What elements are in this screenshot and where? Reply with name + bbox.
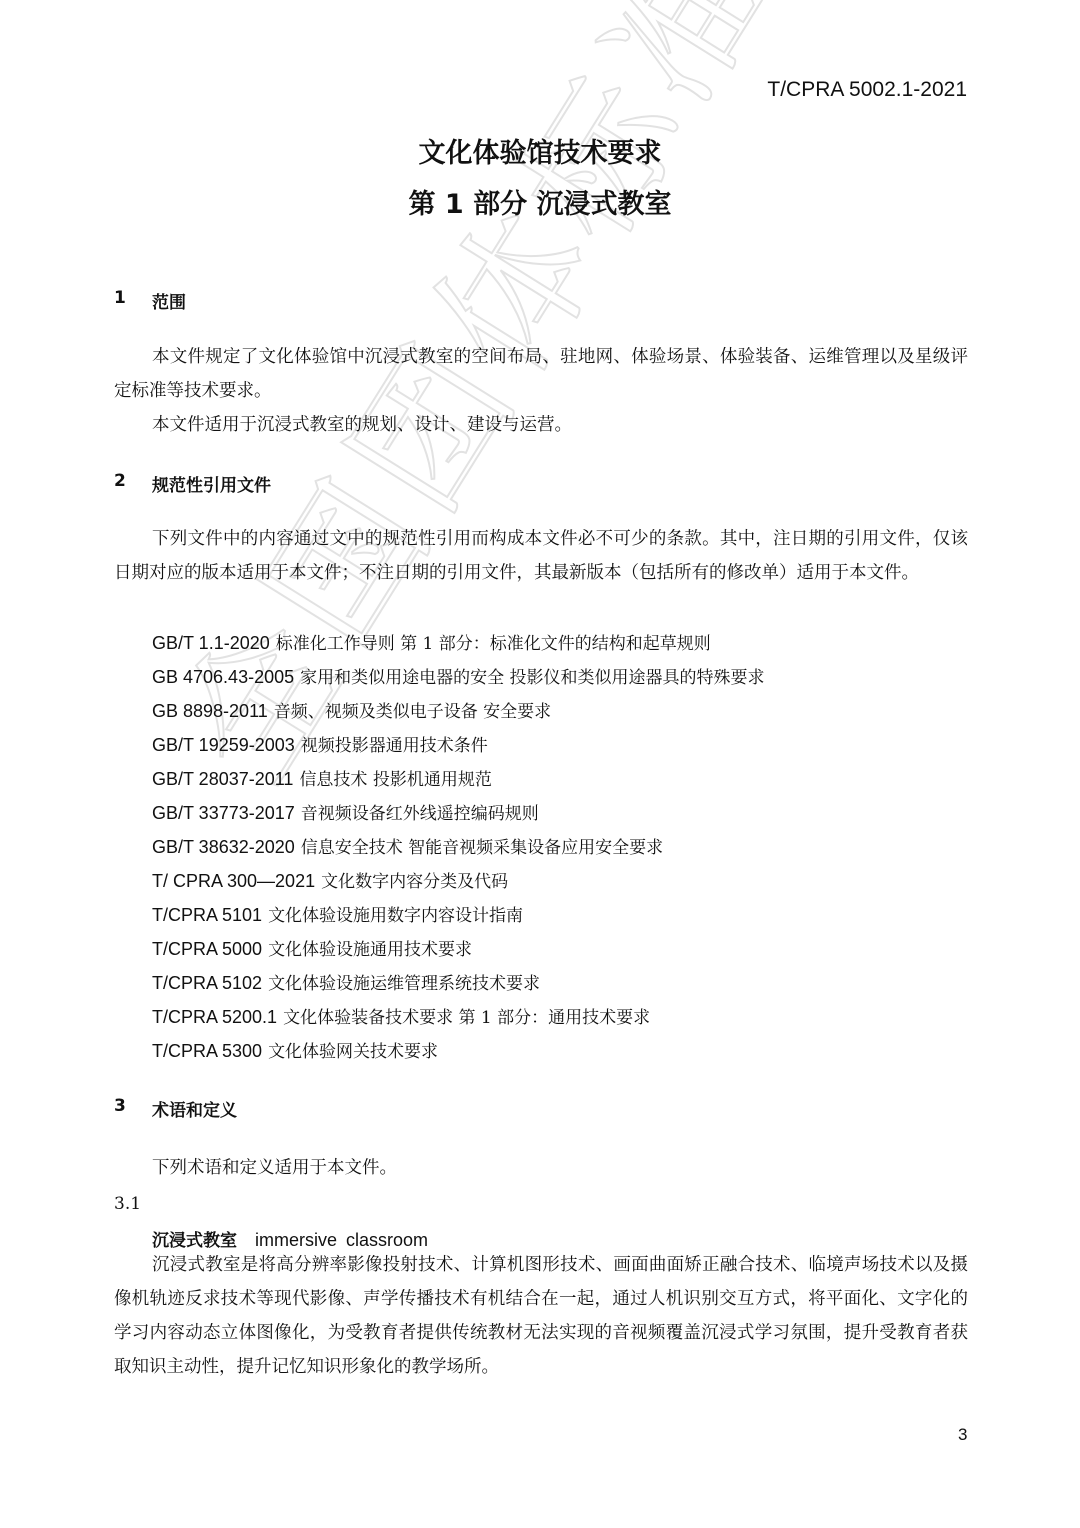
reference-name: 文化体验设施通用技术要求	[268, 940, 472, 960]
section-heading-scope: 1 范围	[114, 288, 186, 313]
reference-item: T/ CPRA 300—2021文化数字内容分类及代码	[152, 867, 508, 892]
section-number: 3	[114, 1096, 152, 1121]
reference-name: 视频投影器通用技术条件	[301, 736, 488, 756]
reference-name: 文化数字内容分类及代码	[321, 872, 508, 892]
reference-code: GB/T 19259-2003	[152, 735, 295, 755]
term-number: 3.1	[114, 1194, 141, 1214]
scope-paragraph-2: 本文件适用于沉浸式教室的规划、设计、建设与运营。	[114, 408, 968, 442]
reference-name: 音频、视频及类似电子设备 安全要求	[274, 702, 551, 722]
reference-code: T/CPRA 5101	[152, 905, 262, 925]
reference-item: GB/T 1.1-2020标准化工作导则 第 1 部分：标准化文件的结构和起草规…	[152, 629, 711, 654]
reference-item: GB 8898-2011音频、视频及类似电子设备 安全要求	[152, 697, 551, 722]
section-number: 2	[114, 471, 152, 496]
reference-code: GB/T 1.1-2020	[152, 633, 270, 653]
reference-item: T/CPRA 5000文化体验设施通用技术要求	[152, 935, 472, 960]
reference-name: 文化体验设施运维管理系统技术要求	[268, 974, 540, 994]
reference-name: 文化体验装备技术要求 第 1 部分：通用技术要求	[283, 1008, 650, 1028]
reference-name: 信息安全技术 智能音视频采集设备应用安全要求	[301, 838, 663, 858]
section-heading-normative-references: 2 规范性引用文件	[114, 471, 271, 496]
reference-name: 标准化工作导则 第 1 部分：标准化文件的结构和起草规则	[276, 634, 711, 654]
section-title: 规范性引用文件	[152, 471, 271, 496]
reference-item: GB/T 19259-2003视频投影器通用技术条件	[152, 731, 488, 756]
reference-item: T/CPRA 5102文化体验设施运维管理系统技术要求	[152, 969, 540, 994]
section-heading-terms-definitions: 3 术语和定义	[114, 1096, 237, 1121]
section-number: 1	[114, 288, 152, 313]
reference-name: 音视频设备红外线遥控编码规则	[301, 804, 539, 824]
reference-code: GB 8898-2011	[152, 701, 268, 721]
reference-code: T/CPRA 5000	[152, 939, 262, 959]
reference-item: GB/T 28037-2011信息技术 投影机通用规范	[152, 765, 492, 790]
reference-code: T/CPRA 5102	[152, 973, 262, 993]
section-title: 术语和定义	[152, 1096, 237, 1121]
reference-item: GB/T 38632-2020信息安全技术 智能音视频采集设备应用安全要求	[152, 833, 663, 858]
document-subtitle: 第 1 部分 沉浸式教室	[0, 182, 1080, 221]
reference-name: 信息技术 投影机通用规范	[299, 770, 491, 790]
references-intro-paragraph: 下列文件中的内容通过文中的规范性引用而构成本文件必不可少的条款。其中，注日期的引…	[114, 522, 968, 590]
reference-item: GB 4706.43-2005家用和类似用途电器的安全 投影仪和类似用途器具的特…	[152, 663, 765, 688]
reference-item: T/CPRA 5200.1文化体验装备技术要求 第 1 部分：通用技术要求	[152, 1003, 650, 1028]
page-number: 3	[958, 1425, 967, 1445]
terms-intro-paragraph: 下列术语和定义适用于本文件。	[114, 1151, 968, 1185]
document-title: 文化体验馆技术要求	[0, 131, 1080, 170]
term-definition: 沉浸式教室是将高分辨率影像投射技术、计算机图形技术、画面曲面矫正融合技术、临境声…	[114, 1248, 968, 1384]
reference-item: T/CPRA 5101文化体验设施用数字内容设计指南	[152, 901, 523, 926]
reference-name: 文化体验设施用数字内容设计指南	[268, 906, 523, 926]
reference-code: T/CPRA 5200.1	[152, 1007, 277, 1027]
reference-item: GB/T 33773-2017音视频设备红外线遥控编码规则	[152, 799, 539, 824]
document-code: T/CPRA 5002.1-2021	[767, 78, 967, 102]
term-name-en: immersive classroom	[255, 1230, 428, 1250]
reference-name: 文化体验网关技术要求	[268, 1042, 438, 1062]
reference-code: GB 4706.43-2005	[152, 667, 294, 687]
reference-code: GB/T 33773-2017	[152, 803, 295, 823]
reference-code: GB/T 28037-2011	[152, 769, 293, 789]
reference-code: GB/T 38632-2020	[152, 837, 295, 857]
reference-item: T/CPRA 5300文化体验网关技术要求	[152, 1037, 438, 1062]
section-title: 范围	[152, 288, 186, 313]
reference-name: 家用和类似用途电器的安全 投影仪和类似用途器具的特殊要求	[300, 668, 764, 688]
scope-paragraph-1: 本文件规定了文化体验馆中沉浸式教室的空间布局、驻地网、体验场景、体验装备、运维管…	[114, 340, 968, 408]
reference-code: T/CPRA 5300	[152, 1041, 262, 1061]
reference-code: T/ CPRA 300—2021	[152, 871, 315, 891]
